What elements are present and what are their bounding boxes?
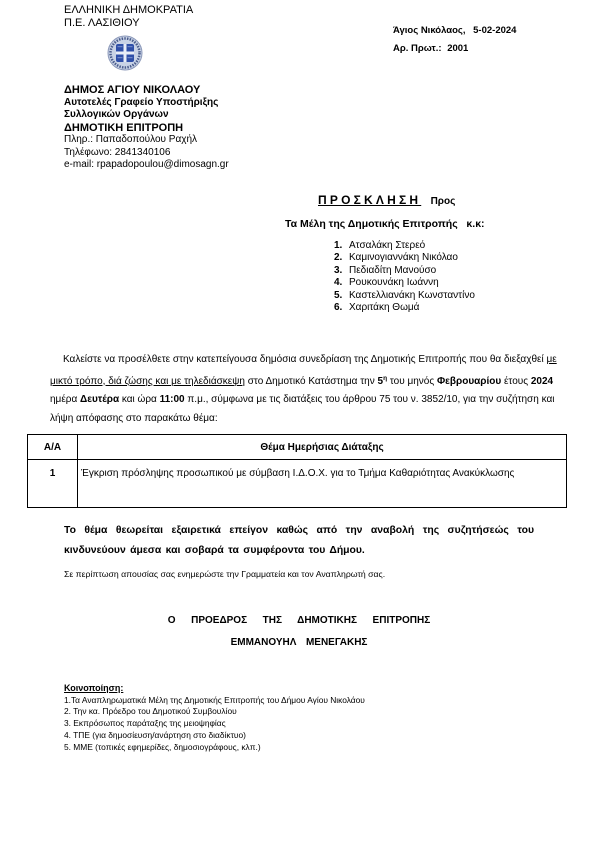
member-number: 6. [334, 302, 349, 314]
protocol-number: 2001 [447, 43, 468, 54]
member-item: 6.Χαριτάκη Θωμά [334, 302, 475, 314]
meeting-time: 11:00 [160, 394, 185, 405]
distribution-item: 5. ΜΜΕ (τοπικές εφημερίδες, δημοσιογράφο… [64, 742, 365, 754]
office-line-2: Συλλογικών Οργάνων [64, 109, 229, 122]
distribution-item: 2. Την κα. Πρόεδρο του Δημοτικού Συμβουλ… [64, 706, 365, 718]
agenda-item-subject: Έγκριση πρόσληψης προσωπικού με σύμβαση … [78, 460, 567, 508]
column-header-number: Α/Α [28, 435, 78, 460]
members-list: 1.Ατσαλάκη Στερεό2.Καμινογιαννάκη Νικόλα… [334, 240, 475, 314]
member-item: 1.Ατσαλάκη Στερεό [334, 240, 475, 252]
signatory-role: Ο ΠΡΟΕΔΡΟΣ ΤΗΣ ΔΗΜΟΤΙΚΗΣ ΕΠΙΤΡΟΠΗΣ [0, 615, 598, 626]
agenda-table: Α/Α Θέμα Ημερήσιας Διάταξης 1Έγκριση πρό… [27, 434, 567, 508]
invitation-body: Καλείστε να προσέλθετε στην κατεπείγουσα… [50, 351, 560, 428]
phone: Τηλέφωνο: 2841340106 [64, 147, 229, 160]
member-number: 1. [334, 240, 349, 252]
member-name: Καστελλιανάκη Κωνσταντίνο [349, 290, 475, 301]
member-name: Ρουκουνάκη Ιωάννη [349, 277, 439, 288]
greek-coat-of-arms-icon [107, 35, 143, 71]
member-number: 3. [334, 265, 349, 277]
office-line-1: Αυτοτελές Γραφείο Υποστήριξης [64, 97, 229, 110]
agenda-header-row: Α/Α Θέμα Ημερήσιας Διάταξης [28, 435, 567, 460]
member-number: 5. [334, 290, 349, 302]
municipality-name: ΔΗΜΟΣ ΑΓΙΟΥ ΝΙΚΟΛΑΟΥ [64, 84, 229, 97]
member-name: Πεδιαδίτη Μανούσο [349, 265, 436, 276]
body-text: στο Δημοτικό Κατάστημα την [245, 376, 378, 387]
column-header-subject: Θέμα Ημερήσιας Διάταξης [78, 435, 567, 460]
agenda-row: 1Έγκριση πρόσληψης προσωπικού με σύμβαση… [28, 460, 567, 508]
meeting-weekday: Δευτέρα [80, 394, 119, 405]
issuing-office-block: ΔΗΜΟΣ ΑΓΙΟΥ ΝΙΚΟΛΑΟΥ Αυτοτελές Γραφείο Υ… [64, 84, 229, 172]
body-text: ημέρα [50, 394, 80, 405]
body-text: έτους [501, 376, 531, 387]
document-date: 5-02-2024 [473, 25, 516, 36]
contact-person: Πληρ.: Παπαδοπούλου Ραχήλ [64, 134, 229, 147]
protocol-label: Αρ. Πρωτ.: [393, 43, 442, 54]
region-name: Π.Ε. ΛΑΣΙΘΙΟΥ [64, 17, 140, 30]
agenda-item-number: 1 [28, 460, 78, 508]
invitation-title-text: ΠΡΟΣΚΛΗΣΗ [318, 193, 421, 207]
committee-name: ΔΗΜΟΤΙΚΗ ΕΠΙΤΡΟΠΗ [64, 122, 229, 135]
signatory-name: ΕΜΜΑΝΟΥΗΛ ΜΕΝΕΓΑΚΗΣ [0, 637, 598, 648]
recipients-heading: Τα Μέλη της Δημοτικής Επιτροπής κ.κ: [285, 218, 485, 230]
distribution-heading: Κοινοποίηση: [64, 683, 365, 695]
member-item: 5.Καστελλιανάκη Κωνσταντίνο [334, 290, 475, 302]
member-name: Ατσαλάκη Στερεό [349, 240, 425, 251]
member-name: Καμινογιαννάκη Νικόλαο [349, 252, 458, 263]
country-name: ΕΛΛΗΝΙΚΗ ΔΗΜΟΚΡΑΤΙΑ [64, 4, 193, 17]
body-text: του μηνός [387, 376, 437, 387]
distribution-item: 1.Τα Αναπληρωματικά Μέλη της Δημοτικής Ε… [64, 695, 365, 707]
body-text: Καλείστε να προσέλθετε στην κατεπείγουσα… [50, 354, 546, 365]
invitation-title: ΠΡΟΣΚΛΗΣΗ Προς [318, 193, 455, 207]
member-name: Χαριτάκη Θωμά [349, 302, 419, 313]
to-label: Προς [431, 196, 456, 207]
member-number: 2. [334, 252, 349, 264]
urgency-note: Το θέμα θεωρείται εξαιρετικά επείγον καθ… [64, 521, 534, 561]
distribution-item: 3. Εκπρόσωπος παράταξης της μειοψηφίας [64, 718, 365, 730]
email: e-mail: rpapadopoulou@dimosagn.gr [64, 159, 229, 172]
document-meta: Άγιος Νικόλαος, 5-02-2024 Αρ. Πρωτ.: 200… [393, 22, 516, 58]
distribution-list: Κοινοποίηση: 1.Τα Αναπληρωματικά Μέλη τη… [64, 683, 365, 753]
meeting-year: 2024 [531, 376, 553, 387]
member-item: 4.Ρουκουνάκη Ιωάννη [334, 277, 475, 289]
distribution-item: 4. ΤΠΕ (για δημοσίευση/ανάρτηση στο διαδ… [64, 730, 365, 742]
member-item: 3.Πεδιαδίτη Μανούσο [334, 265, 475, 277]
meeting-month: Φεβρουαρίου [437, 376, 501, 387]
absence-note: Σε περίπτωση απουσίας σας ενημερώστε την… [64, 569, 385, 579]
member-item: 2.Καμινογιαννάκη Νικόλαο [334, 252, 475, 264]
body-text: και ώρα [119, 394, 160, 405]
place-label: Άγιος Νικόλαος, [393, 25, 466, 36]
member-number: 4. [334, 277, 349, 289]
